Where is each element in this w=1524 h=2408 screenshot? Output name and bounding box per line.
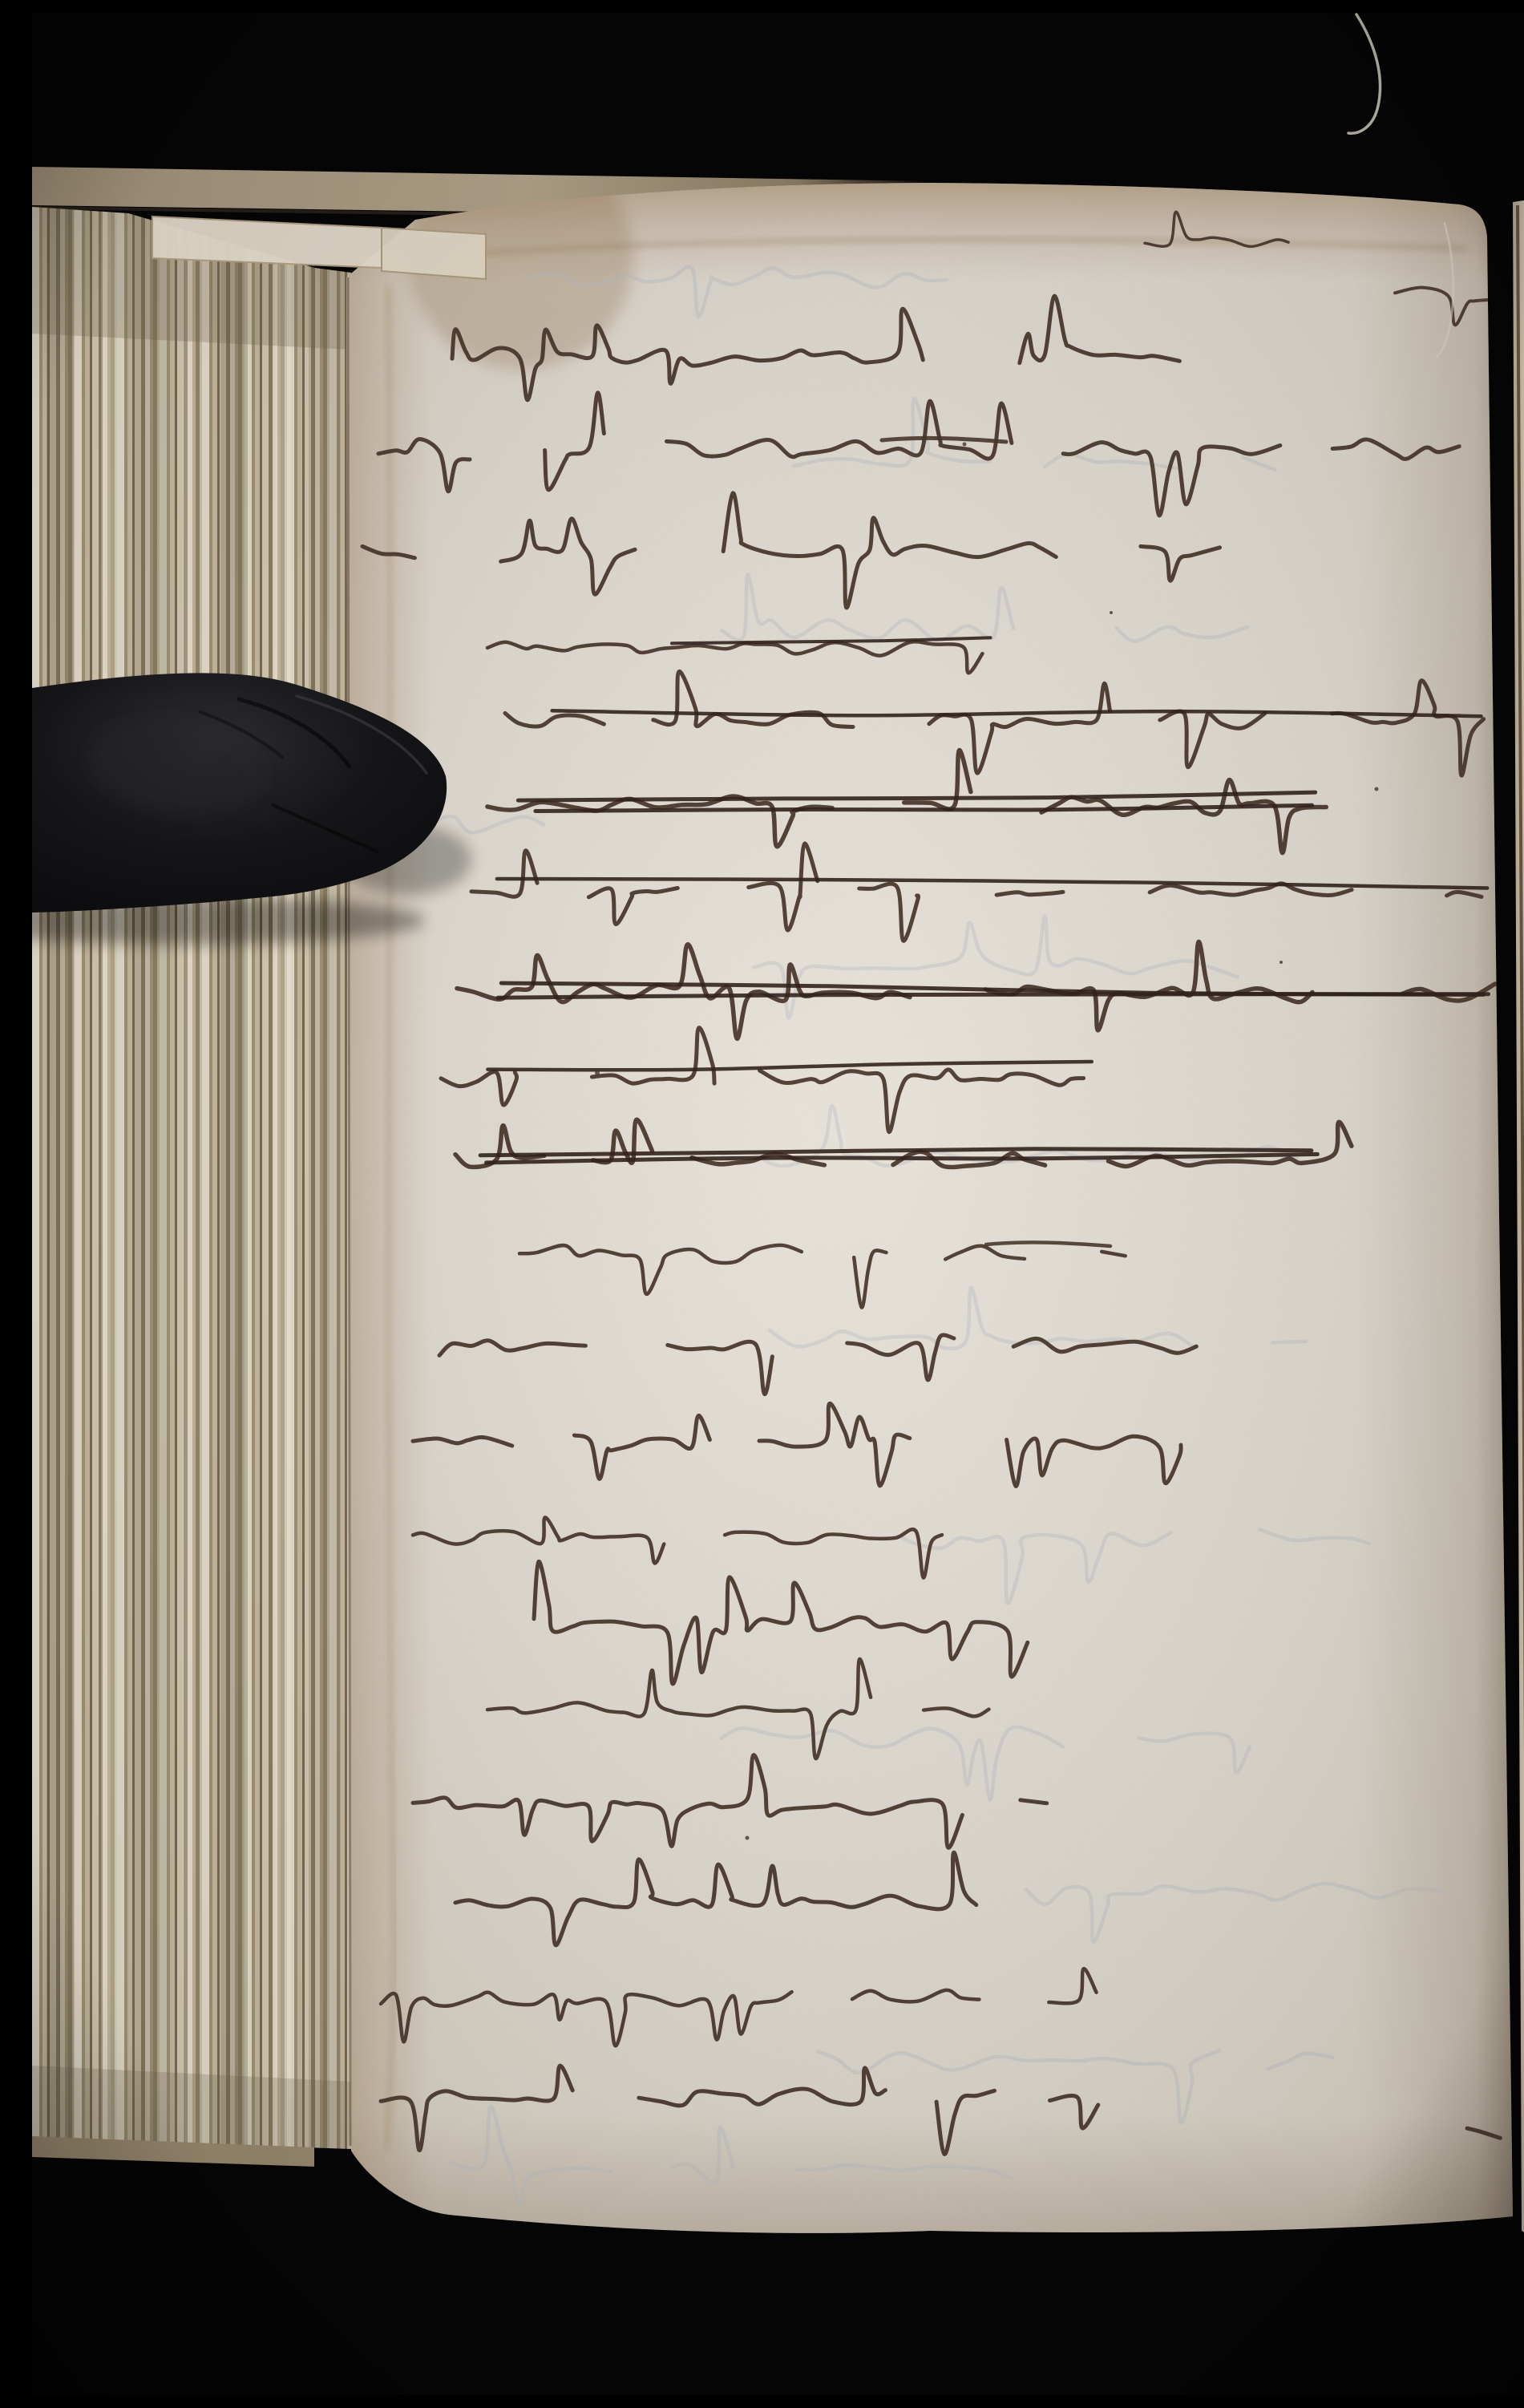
manuscript-photo [32, 13, 1524, 2395]
vignette-overlay [32, 13, 1524, 2395]
photo-canvas [32, 13, 1524, 2395]
